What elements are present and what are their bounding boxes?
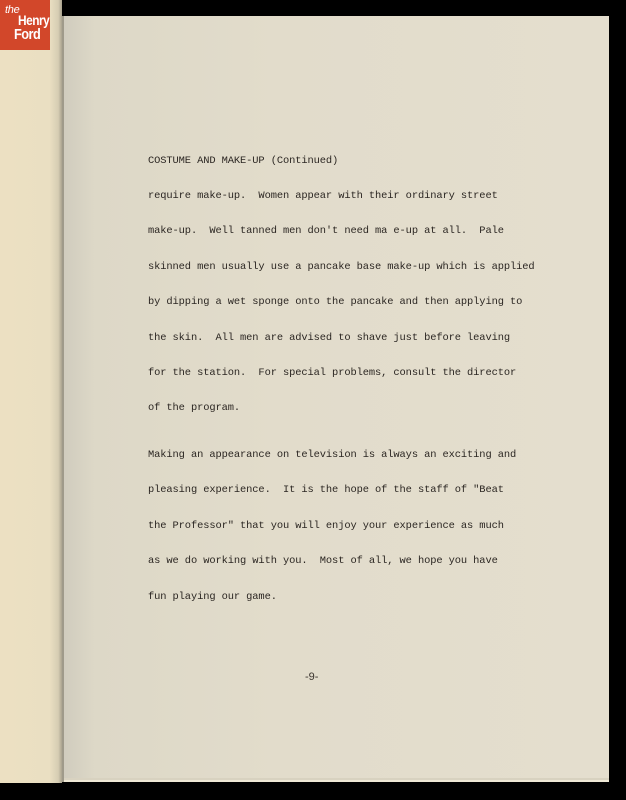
- section-heading: COSTUME AND MAKE-UP (Continued): [148, 155, 338, 167]
- paragraph-line: of the program.: [148, 402, 240, 414]
- document-page: [62, 16, 609, 782]
- paragraph-line: pleasing experience. It is the hope of t…: [148, 484, 504, 496]
- paragraph-line: the Professor" that you will enjoy your …: [148, 520, 504, 532]
- paragraph-line: fun playing our game.: [148, 591, 277, 603]
- page-number: -9-: [305, 671, 318, 683]
- paragraph-line: Making an appearance on television is al…: [148, 449, 516, 461]
- paragraph-line: as we do working with you. Most of all, …: [148, 555, 498, 567]
- page-gutter: [62, 16, 64, 782]
- paragraph-line: by dipping a wet sponge onto the pancake…: [148, 296, 522, 308]
- paragraph-line: require make-up. Women appear with their…: [148, 190, 498, 202]
- paragraph-line: for the station. For special problems, c…: [148, 367, 516, 379]
- facing-page-edge: [0, 0, 62, 783]
- logo-ford: Ford: [14, 26, 40, 43]
- paragraph-line: make-up. Well tanned men don't need ma e…: [148, 225, 504, 237]
- henry-ford-logo: the Henry Ford: [0, 0, 50, 50]
- paragraph-line: skinned men usually use a pancake base m…: [148, 261, 535, 273]
- document-body: COSTUME AND MAKE-UP (Continued) require …: [148, 0, 160, 192]
- paragraph-line: the skin. All men are advised to shave j…: [148, 332, 510, 344]
